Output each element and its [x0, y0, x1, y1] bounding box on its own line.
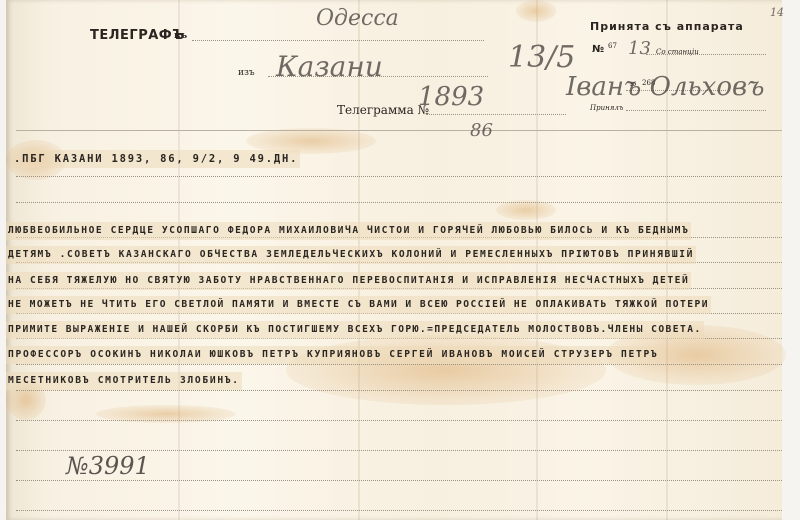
from-label: изъ [238, 68, 255, 78]
content-rule [16, 364, 782, 366]
to-handwritten: Одесса [316, 6, 399, 31]
telegram-form: ТЕЛЕГРАФЪ въ изъ Телеграмма № Одесса Каз… [6, 0, 782, 520]
stain [516, 0, 556, 22]
content-rule [16, 176, 782, 178]
form-title: ТЕЛЕГРАФЪ [90, 28, 185, 43]
received-title: Принята съ аппарата [590, 20, 744, 33]
stamp-handwritten: 13/5 [508, 40, 575, 75]
body-line: МЕСЕТНИКОВЪ СМОТРИТЕЛЬ ЗЛОБИНЪ. [6, 372, 242, 390]
archive-number-handwritten: №3991 [66, 452, 150, 480]
telegram-label: Телеграмма № [337, 103, 429, 117]
content-rule [16, 390, 782, 392]
to-line [192, 40, 484, 42]
content-rule [16, 420, 782, 422]
telegram-number-line [426, 114, 566, 116]
received-signature-handwritten: Іванъ Ольховъ [566, 72, 764, 102]
received-by-line [626, 110, 766, 112]
body-line: НЕ МОЖЕТЪ НЕ ЧТИТЬ ЕГО СВЕТЛОЙ ПАМЯТИ И … [6, 296, 711, 314]
from-station-label: Со станціи [656, 48, 699, 56]
body-line: ДЕТЯМЪ .СОВЕТЪ КАЗАНСКАГО ОБЧЕСТВА ЗЕМЛЕ… [6, 246, 696, 264]
body-line: ПРОФЕССОРЪ ОСОКИНЪ НИКОЛАИ ЮШКОВЪ ПЕТРЪ … [6, 346, 660, 364]
words-count-handwritten: 86 [470, 120, 493, 141]
received-number-value: 67 [608, 42, 617, 50]
body-line: ПРИМИТЕ ВЫРАЖЕНІЕ И НАШЕЙ СКОРБИ КЪ ПОСТ… [6, 321, 704, 339]
header-divider [16, 130, 782, 131]
received-number-handwritten: 13 [628, 38, 651, 59]
body-line: ЛЮБВЕОБИЛЬНОЕ СЕРДЦЕ УСОПШАГО ФЕДОРА МИХ… [6, 222, 691, 240]
content-rule [16, 202, 782, 204]
from-handwritten: Казани [276, 50, 383, 83]
received-by-label: Принялъ [590, 104, 623, 112]
body-line: НА СЕБЯ ТЯЖЕЛУЮ НО СВЯТУЮ ЗАБОТУ НРАВСТВ… [6, 272, 691, 290]
content-rule [16, 510, 782, 512]
to-label: въ [174, 31, 187, 41]
page-number: 14 [770, 6, 784, 19]
content-rule [16, 480, 782, 482]
telegram-preamble: .ПБГ КАЗАНИ 1893, 86, 9/2, 9 49.ДН. [12, 150, 300, 168]
telegram-number-handwritten: 1893 [418, 82, 484, 112]
received-number-label: № [592, 44, 605, 55]
